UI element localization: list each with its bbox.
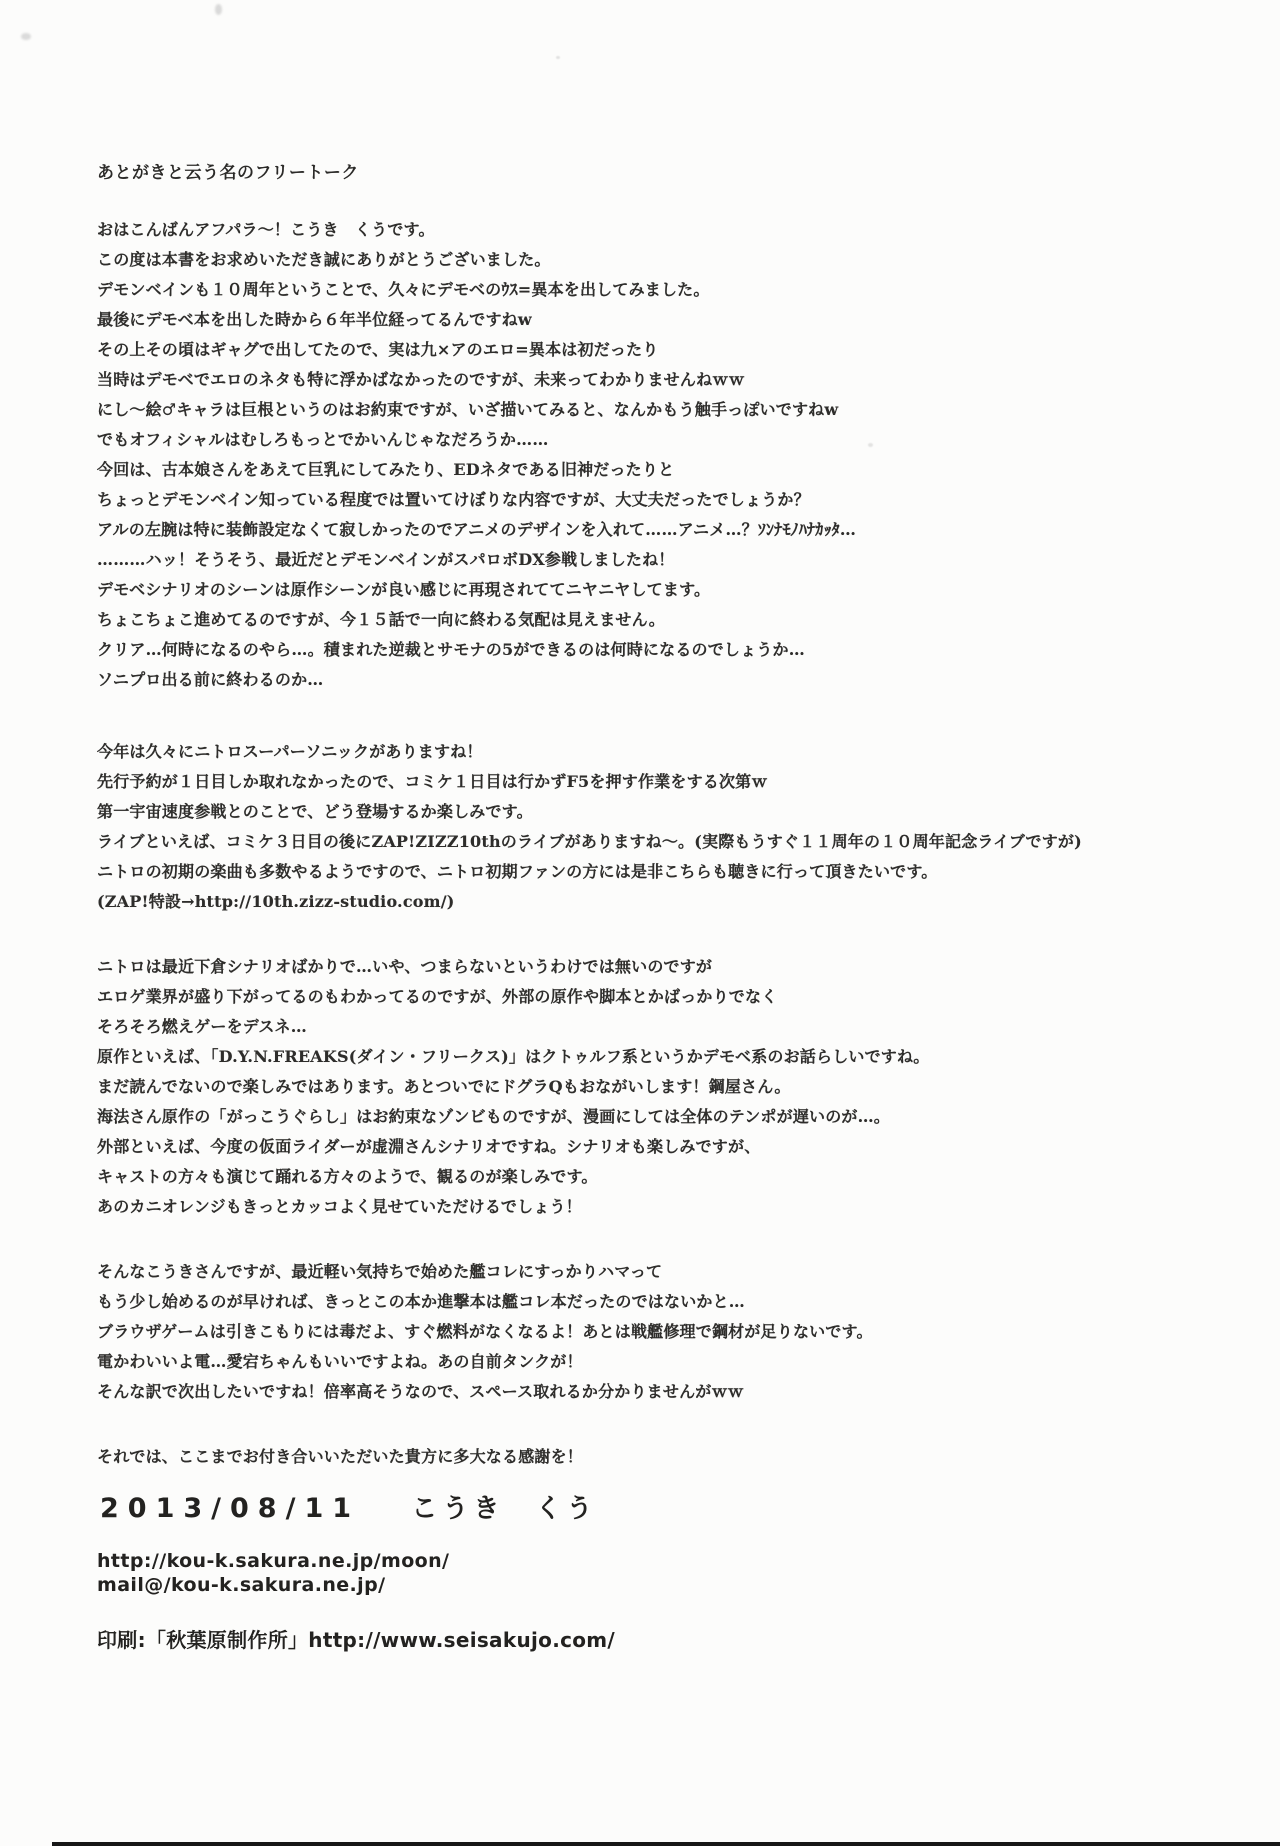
scan-artifact — [868, 443, 873, 447]
paragraph-intro: おはこんばんアフパラ〜！こうき くうです。この度は本書をお求めいただき誠にありが… — [97, 215, 1237, 695]
text-line: おはこんばんアフパラ〜！こうき くうです。 — [97, 215, 1237, 245]
text-line: キャストの方々も演じて踊れる方々のようで、観るのが楽しみです。 — [97, 1162, 1237, 1192]
scan-edge-artifact — [52, 1842, 1280, 1846]
scan-artifact — [21, 33, 31, 40]
contact-links: http://kou-k.sakura.ne.jp/moon/ mail@/ko… — [97, 1549, 449, 1597]
text-line: アルの左腕は特に装飾設定なくて寂しかったのでアニメのデザインを入れて……アニメ…… — [97, 515, 1237, 545]
text-line: この度は本書をお求めいただき誠にありがとうございました。 — [97, 245, 1237, 275]
scanned-afterword-page: あとがきと云う名のフリートーク おはこんばんアフパラ〜！こうき くうです。この度… — [0, 0, 1280, 1846]
text-line: 電かわいいよ電…愛宕ちゃんもいいですよね。あの自前タンクが！ — [97, 1347, 1237, 1377]
signature-author: こうき くう — [411, 1494, 597, 1524]
signature-date: 2013/08/11 — [100, 1493, 360, 1524]
text-line: ソニプロ出る前に終わるのか… — [97, 665, 1237, 695]
signature-line: 2013/08/11 こうき くう — [100, 1488, 597, 1525]
text-line: まだ読んでないので楽しみではあります。あとついでにドグラQもおながいします！鋼屋… — [97, 1072, 1237, 1102]
scan-artifact — [556, 56, 560, 59]
text-line: ブラウザゲームは引きこもりには毒だよ、すぐ燃料がなくなるよ！あとは戦艦修理で鋼材… — [97, 1317, 1237, 1347]
text-line: ライブといえば、コミケ３日目の後にZAP!ZIZZ10thのライブがありますね〜… — [97, 827, 1237, 857]
text-line: 当時はデモベでエロのネタも特に浮かばなかったのですが、未来ってわかりませんねｗｗ — [97, 365, 1237, 395]
text-line: 第一宇宙速度参戦とのことで、どう登場するか楽しみです。 — [97, 797, 1237, 827]
printer-credit: 印刷:「秋葉原制作所」http://www.seisakujo.com/ — [97, 1624, 615, 1653]
closing-line: それでは、ここまでお付き合いいただいた貴方に多大なる感謝を！ — [97, 1444, 583, 1467]
text-line: (ZAP!特設→http://10th.zizz-studio.com/) — [97, 887, 1237, 917]
page-title: あとがきと云う名のフリートーク — [97, 158, 359, 183]
paragraph-events: 今年は久々にニトロスーパーソニックがありますね！先行予約が１日目しか取れなかった… — [97, 737, 1237, 917]
paragraph-kancolle: そんなこうきさんですが、最近軽い気持ちで始めた艦コレにすっかりハマってもう少し始… — [97, 1257, 1237, 1407]
text-line: そろそろ燃えゲーをデスネ… — [97, 1012, 1237, 1042]
text-line: ちょっとデモンベイン知っている程度では置いてけぼりな内容ですが、大丈夫だったでし… — [97, 485, 1237, 515]
scan-artifact — [215, 4, 222, 15]
text-line: ニトロは最近下倉シナリオばかりで…いや、つまらないというわけでは無いのですが — [97, 952, 1237, 982]
paragraph-nitro: ニトロは最近下倉シナリオばかりで…いや、つまらないというわけでは無いのですがエロ… — [97, 952, 1237, 1222]
text-line: デモンベインも１０周年ということで、久々にデモベのｳｽ=異本を出してみました。 — [97, 275, 1237, 305]
text-line: ………ハッ！そうそう、最近だとデモンベインがスパロボDX参戦しましたね！ — [97, 545, 1237, 575]
text-line: 先行予約が１日目しか取れなかったので、コミケ１日目は行かずF5を押す作業をする次… — [97, 767, 1237, 797]
text-line: にし〜絵♂キャラは巨根というのはお約束ですが、いざ描いてみると、なんかもう触手っ… — [97, 395, 1237, 425]
website-url: http://kou-k.sakura.ne.jp/moon/ — [97, 1549, 449, 1573]
text-line: ニトロの初期の楽曲も多数やるようですので、ニトロ初期ファンの方には是非こちらも聴… — [97, 857, 1237, 887]
text-line: 外部といえば、今度の仮面ライダーが虚淵さんシナリオですね。シナリオも楽しみですが… — [97, 1132, 1237, 1162]
text-line: もう少し始めるのが早ければ、きっとこの本か進撃本は艦コレ本だったのではないかと… — [97, 1287, 1237, 1317]
text-line: そんな訳で次出したいですね！倍率高そうなので、スペース取れるか分かりませんがｗｗ — [97, 1377, 1237, 1407]
text-line: あのカニオレンジもきっとカッコよく見せていただけるでしょう！ — [97, 1192, 1237, 1222]
text-line: 最後にデモベ本を出した時から６年半位経ってるんですねw — [97, 305, 1237, 335]
text-line: でもオフィシャルはむしろもっとでかいんじゃなだろうか…… — [97, 425, 1237, 455]
mail-address: mail@/kou-k.sakura.ne.jp/ — [97, 1573, 449, 1597]
text-line: デモベシナリオのシーンは原作シーンが良い感じに再現されててニヤニヤしてます。 — [97, 575, 1237, 605]
text-line: 原作といえば、「D.Y.N.FREAKS(ダイン・フリークス)」はクトゥルフ系と… — [97, 1042, 1237, 1072]
text-line: 今回は、古本娘さんをあえて巨乳にしてみたり、EDネタである旧神だったりと — [97, 455, 1237, 485]
text-line: その上その頃はギャグで出してたので、実は九×アのエロ=異本は初だったり — [97, 335, 1237, 365]
text-line: エロゲ業界が盛り下がってるのもわかってるのですが、外部の原作や脚本とかばっかりで… — [97, 982, 1237, 1012]
text-line: 今年は久々にニトロスーパーソニックがありますね！ — [97, 737, 1237, 767]
text-line: クリア…何時になるのやら…。積まれた逆裁とサモナの5ができるのは何時になるのでし… — [97, 635, 1237, 665]
text-line: 海法さん原作の「がっこうぐらし」はお約束なゾンビものですが、漫画にしては全体のテ… — [97, 1102, 1237, 1132]
text-line: そんなこうきさんですが、最近軽い気持ちで始めた艦コレにすっかりハマって — [97, 1257, 1237, 1287]
text-line: ちょこちょこ進めてるのですが、今１５話で一向に終わる気配は見えません。 — [97, 605, 1237, 635]
